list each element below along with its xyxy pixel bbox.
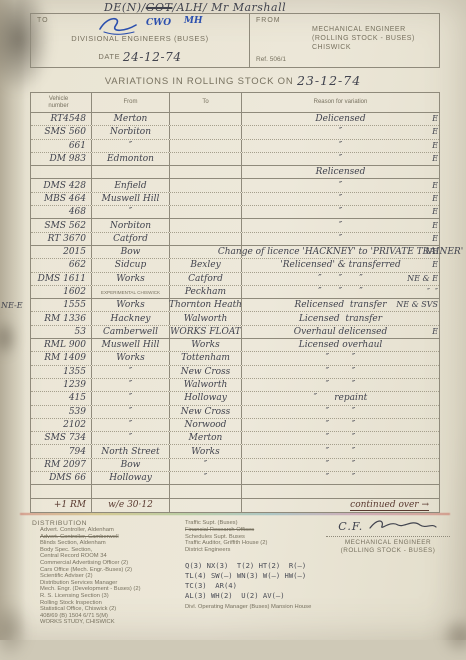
vehicle-cell <box>31 485 91 497</box>
scanned-form: DE(N)/GOT/ALH/ Mr Marshall CWO MH TO DIV… <box>0 0 466 640</box>
vehicle-cell: DMS 428 <box>31 179 91 191</box>
scan-color-fringe <box>20 513 450 515</box>
distribution-list: DISTRIBUTION Advert. Controller, Aldenha… <box>32 520 182 626</box>
to-cell: Walworth <box>169 379 241 391</box>
reason-text: 'Relicensed' & transferred <box>280 260 400 270</box>
to-cell <box>169 499 241 512</box>
vehicle-cell: 1355 <box>31 366 91 378</box>
column-header-to: To <box>169 93 241 112</box>
reason-text: ″ <box>339 207 342 217</box>
variations-table: Vehicle number From To Reason for variat… <box>30 92 440 513</box>
vehicle-text: 1239 <box>63 380 86 390</box>
to-cell: WORKS FLOAT <box>169 326 241 338</box>
date-value: 24-12-74 <box>123 50 182 64</box>
reason-cell: ″ ″ <box>241 432 439 444</box>
date-line: DATE 24-12-74 <box>31 50 249 64</box>
to-cell <box>169 179 241 191</box>
table-row: SMS 734″Merton″ ″ <box>31 432 439 445</box>
to-text: Norwood <box>185 420 227 430</box>
vehicle-text: 1555 <box>63 300 86 310</box>
from-cell: Works <box>91 299 169 311</box>
reason-cell: ″ ″ <box>241 366 439 378</box>
from-line: CHISWICK <box>312 43 415 52</box>
from-cell: Enfield <box>91 179 169 191</box>
vehicle-text: 662 <box>69 260 86 270</box>
to-text: Works <box>191 447 219 457</box>
table-header-row: Vehicle number From To Reason for variat… <box>31 93 439 113</box>
reason-text: ″ ″ <box>326 407 356 417</box>
from-text: ″ <box>129 407 132 417</box>
reason-cell: ″E <box>241 126 439 138</box>
from-cell: Edmonton <box>91 153 169 165</box>
list-item: Blinds Section, Aldenham <box>32 540 182 547</box>
list-item: Traffic Supt. (Buses) <box>185 520 330 527</box>
reason-cell: Overhaul delicensedE <box>241 326 439 338</box>
from-cell: ″ <box>91 419 169 431</box>
from-cell <box>91 166 169 178</box>
table-row: SMS 562Norbiton″E <box>31 219 439 232</box>
from-cell: Holloway <box>91 472 169 484</box>
table-row: RT 3670Catford″E <box>31 233 439 246</box>
to-cell <box>169 193 241 205</box>
reason-text: ″ <box>339 194 342 204</box>
vehicle-text: RM 1336 <box>44 314 86 324</box>
vehicle-text: DM 983 <box>50 154 86 164</box>
table-row: RM 1409WorksTottenham″ ″ <box>31 352 439 365</box>
column-header-reason: Reason for variation <box>241 93 439 112</box>
from-cell: Norbiton <box>91 219 169 231</box>
status-marker: E <box>432 127 438 137</box>
list-item: Body Spec. Section, <box>32 547 182 554</box>
signature-title: MECHANICAL ENGINEER (ROLLING STOCK - BUS… <box>326 539 450 555</box>
vehicle-cell: 1602 <box>31 286 91 298</box>
vehicle-cell: 794 <box>31 445 91 457</box>
signature-line: C.F. <box>326 517 450 537</box>
to-cell: Tottenham <box>169 352 241 364</box>
vehicle-cell: SMS 560 <box>31 126 91 138</box>
list-item: Traffic Auditor, Griffith House (2) <box>185 540 330 547</box>
vehicle-cell: RM 1409 <box>31 352 91 364</box>
from-text: North Street <box>101 447 159 457</box>
to-cell: Thornton Heath <box>169 299 241 311</box>
from-cell: ″ <box>91 432 169 444</box>
list-item: Advert. Controller, Camberwell <box>32 534 182 541</box>
from-text: Bow <box>121 247 141 257</box>
to-cell <box>169 219 241 231</box>
garage-code-line: TL(4) SW(–) WN(3) W(–) HW(–) <box>185 571 330 581</box>
reason-text: ″ ″ <box>326 447 356 457</box>
list-item: WORKS STUDY, CHISWICK <box>32 619 182 626</box>
vehicle-text: DMS 66 <box>49 473 86 483</box>
vehicle-cell: 2015 <box>31 246 91 258</box>
from-text: Sidcup <box>115 260 146 270</box>
list-item: Scientific Adviser (2) <box>32 573 182 580</box>
to-cell <box>169 485 241 497</box>
column-header-from: From <box>91 93 169 112</box>
reason-text: Relicensed <box>316 167 366 177</box>
to-cell: Holloway <box>169 392 241 404</box>
vehicle-cell: RT 3670 <box>31 233 91 245</box>
vehicle-text: 1355 <box>63 367 86 377</box>
vehicle-cell: RT4548 <box>31 113 91 125</box>
reason-text: Licensed transfer <box>299 314 382 324</box>
to-cell: Catford <box>169 273 241 285</box>
reason-cell: ″ ″ <box>241 406 439 418</box>
reason-text: ″ <box>339 154 342 164</box>
vehicle-text: RT4548 <box>50 114 86 124</box>
reason-cell: continued over → <box>241 499 439 512</box>
reason-text: Relicensed transfer <box>294 300 386 310</box>
from-cell: Catford <box>91 233 169 245</box>
reason-cell <box>241 485 439 497</box>
vehicle-cell: 415 <box>31 392 91 404</box>
from-cell: Works <box>91 352 169 364</box>
vehicle-text: SMS 562 <box>44 221 86 231</box>
list-item: Schedules Supt. Buses <box>185 534 330 541</box>
reason-cell: ″E <box>241 219 439 231</box>
vehicle-text: +1 RM <box>54 500 86 510</box>
to-cell: Works <box>169 445 241 457</box>
vehicle-text: SMS 734 <box>44 433 86 443</box>
table-row: RM 2097Bow″″ ″ <box>31 459 439 472</box>
to-text: ″ <box>204 473 207 483</box>
from-text: Edmonton <box>107 154 154 164</box>
to-box: TO DIVISIONAL ENGINEERS (BUSES) DATE 24-… <box>30 13 250 68</box>
district-note: Divl. Operating Manager (Buses) Mansion … <box>185 604 330 610</box>
from-box: FROM MECHANICAL ENGINEER (ROLLING STOCK … <box>249 13 440 68</box>
from-text: Works <box>116 300 144 310</box>
ref-number: Ref. 506/1 <box>256 56 286 63</box>
list-item: Rolling Stock Inspection <box>32 600 182 607</box>
to-text: Tottenham <box>181 353 230 363</box>
reason-cell: Relicensed <box>241 166 439 178</box>
reason-text: ″ repaint <box>314 393 368 403</box>
table-row: DM 983Edmonton″E <box>31 153 439 166</box>
to-cell <box>169 113 241 125</box>
to-text: Walworth <box>184 314 228 324</box>
table-row: DMS 1611WorksCatford″ ″ ″NE & E <box>31 273 439 286</box>
list-item: Mech. Engr. (Development - Buses) (2) <box>32 586 182 593</box>
status-marker: E <box>432 327 438 337</box>
from-cell: Merton <box>91 113 169 125</box>
vehicle-text: 2102 <box>63 420 86 430</box>
to-text: Thornton Heath <box>169 300 242 310</box>
table-row: 1355″New Cross″ ″ <box>31 366 439 379</box>
from-text: Hackney <box>111 314 151 324</box>
table-row: 2102″Norwood″ ″ <box>31 419 439 432</box>
status-marker: E <box>432 207 438 217</box>
to-cell <box>169 206 241 218</box>
from-cell: North Street <box>91 445 169 457</box>
vehicle-text: 794 <box>69 447 86 457</box>
to-cell: New Cross <box>169 366 241 378</box>
vehicle-cell: RML 900 <box>31 339 91 351</box>
to-cell: Walworth <box>169 312 241 324</box>
to-text: Bexley <box>190 260 220 270</box>
vehicle-text: 468 <box>69 207 86 217</box>
list-item: Advert. Controller, Aldenham <box>32 527 182 534</box>
from-cell: Bow <box>91 246 169 258</box>
garage-code-line: Q(3) NX(3) T(2) HT(2) R(–) <box>185 561 330 571</box>
form-title: VARIATIONS IN ROLLING STOCK ON 23-12-74 <box>0 73 466 88</box>
to-text: Walworth <box>184 380 228 390</box>
to-cell <box>169 126 241 138</box>
table-row: MBS 464Muswell Hill″E <box>31 193 439 206</box>
scan-smudge <box>440 616 466 640</box>
vehicle-cell: RM 1336 <box>31 312 91 324</box>
from-cell: Works <box>91 273 169 285</box>
reason-text: ″ <box>339 234 342 244</box>
from-cell: Muswell Hill <box>91 339 169 351</box>
status-marker: E <box>432 154 438 164</box>
vehicle-cell: 1239 <box>31 379 91 391</box>
table-row: RML 900Muswell HillWorksLicensed overhau… <box>31 339 439 352</box>
status-marker: E <box>432 181 438 191</box>
reason-text: Delicensed <box>315 114 365 124</box>
table-row: 2015BowChange of licence 'HACKNEY' to 'P… <box>31 246 439 259</box>
list-item: Cars Office (Mech. Engr.-Buses) (2) <box>32 567 182 574</box>
table-row <box>31 485 439 498</box>
vehicle-text: DMS 1611 <box>38 274 86 284</box>
vehicle-cell: DMS 66 <box>31 472 91 484</box>
to-cell: New Cross <box>169 406 241 418</box>
table-row: RT4548MertonDelicensedE <box>31 113 439 126</box>
list-item: Central Record ROOM 34 <box>32 553 182 560</box>
from-cell: ″ <box>91 406 169 418</box>
garage-code-line: TC(3) AR(4) <box>185 581 330 591</box>
reason-text: ″ <box>339 127 342 137</box>
from-text: Works <box>116 353 144 363</box>
reason-cell: ″E <box>241 233 439 245</box>
table-row: +1 RMw/e 30·12continued over → <box>31 499 439 512</box>
reason-text: ″ ″ <box>326 367 356 377</box>
vehicle-cell: DMS 1611 <box>31 273 91 285</box>
vehicle-text: DMS 428 <box>43 181 86 191</box>
list-item: Statistical Office, Chiswick (2) <box>32 606 182 613</box>
reason-cell: ″ ″ <box>241 472 439 484</box>
vehicle-text: MBS 464 <box>44 194 86 204</box>
vehicle-text: 415 <box>69 393 86 403</box>
list-item: Financial Research Offices <box>185 527 330 534</box>
table-row: Relicensed <box>31 166 439 179</box>
reason-cell: 'Relicensed' & transferredE <box>241 259 439 271</box>
vehicle-text: SMS 560 <box>44 127 86 137</box>
to-text: Peckham <box>185 287 226 297</box>
status-marker: E <box>432 114 438 124</box>
table-row: 661″″E <box>31 140 439 153</box>
to-cell: Merton <box>169 432 241 444</box>
status-marker: E <box>432 234 438 244</box>
garage-codes: Q(3) NX(3) T(2) HT(2) R(–)TL(4) SW(–) WN… <box>185 561 330 601</box>
from-cell: Bow <box>91 459 169 471</box>
vehicle-cell: DM 983 <box>31 153 91 165</box>
reason-cell: Licensed overhaul <box>241 339 439 351</box>
from-cell: w/e 30·12 <box>91 499 169 512</box>
from-cell: EXPERIMENTAL CHISWICK <box>91 286 169 298</box>
table-row: DMS 428Enfield″E <box>31 179 439 192</box>
column-header-vehicle: Vehicle number <box>31 93 91 112</box>
to-text: Catford <box>188 274 223 284</box>
reason-cell: ″ ″ ″NE & E <box>241 273 439 285</box>
signature-title-line: MECHANICAL ENGINEER <box>326 539 450 547</box>
vehicle-cell: 1555 <box>31 299 91 311</box>
from-label: FROM <box>256 17 281 24</box>
from-cell: Hackney <box>91 312 169 324</box>
reason-text: ″ ″ <box>326 473 356 483</box>
reason-text: ″ ″ <box>326 460 356 470</box>
table-row: 662SidcupBexley'Relicensed' & transferre… <box>31 259 439 272</box>
reason-text: ″ ″ <box>326 380 356 390</box>
vehicle-cell <box>31 166 91 178</box>
vehicle-cell: +1 RM <box>31 499 91 512</box>
status-marker: E <box>432 141 438 151</box>
reason-cell: ″E <box>241 206 439 218</box>
reason-text: ″ <box>339 141 342 151</box>
reason-cell: ″E <box>241 140 439 152</box>
status-marker: E <box>432 194 438 204</box>
date-label: DATE <box>98 52 120 61</box>
reason-text: ″ ″ <box>326 433 356 443</box>
middle-items: Traffic Supt. (Buses)Financial Research … <box>185 520 330 554</box>
from-text: Works <box>116 274 144 284</box>
from-text: Bow <box>121 460 141 470</box>
table-row: 1555WorksThornton HeathRelicensed transf… <box>31 299 439 312</box>
reason-cell: ″ ″ <box>241 445 439 457</box>
from-text: ″ <box>129 420 132 430</box>
to-cell <box>169 153 241 165</box>
vehicle-cell: 661 <box>31 140 91 152</box>
to-cell: ″ <box>169 459 241 471</box>
from-text: w/e 30·12 <box>108 500 153 510</box>
table-row: 53CamberwellWORKS FLOATOverhaul delicens… <box>31 326 439 339</box>
from-line: MECHANICAL ENGINEER <box>312 25 415 34</box>
reason-cell: Licensed transfer <box>241 312 439 324</box>
reason-text: ″ <box>339 181 342 191</box>
reason-text: Licensed overhaul <box>299 340 383 350</box>
to-text: Merton <box>189 433 223 443</box>
reason-cell: DelicensedE <box>241 113 439 125</box>
signature-text: C.F. <box>338 520 363 533</box>
vehicle-text: RM 1409 <box>44 353 86 363</box>
from-cell: ″ <box>91 392 169 404</box>
to-recipient: DIVISIONAL ENGINEERS (BUSES) <box>31 34 249 43</box>
reason-text: Overhaul delicensed <box>294 327 388 337</box>
reason-cell: ″ ″ ″″ ″ <box>241 286 439 298</box>
from-text: ″ <box>129 367 132 377</box>
reason-text: ″ ″ <box>326 420 356 430</box>
from-text: ″ <box>129 433 132 443</box>
reason-cell: ″ repaint <box>241 392 439 404</box>
vehicle-cell: SMS 562 <box>31 219 91 231</box>
distribution-middle-list: Traffic Supt. (Buses)Financial Research … <box>185 520 330 610</box>
vehicle-cell: 468 <box>31 206 91 218</box>
vehicle-text: 1602 <box>63 287 86 297</box>
reason-text: ″ ″ <box>326 353 356 363</box>
reason-cell: ″E <box>241 193 439 205</box>
reason-cell: ″E <box>241 179 439 191</box>
table-row: 539″New Cross″ ″ <box>31 406 439 419</box>
table-row: SMS 560Norbiton″E <box>31 126 439 139</box>
to-cell: ″ <box>169 472 241 484</box>
vehicle-text: 2015 <box>63 247 86 257</box>
from-text: Catford <box>113 234 148 244</box>
vehicle-text: RML 900 <box>44 340 86 350</box>
to-text: WORKS FLOAT <box>170 327 241 337</box>
list-item: 408/69 (B) 1504 6/71 5(M) <box>32 613 182 620</box>
from-text: Norbiton <box>110 127 151 137</box>
table-body: RT4548MertonDelicensedESMS 560Norbiton″E… <box>31 113 439 512</box>
form-title-date: 23-12-74 <box>297 73 361 88</box>
to-text: Works <box>191 340 219 350</box>
margin-note: NE-E <box>1 301 23 310</box>
reason-text: ″ <box>339 221 342 231</box>
from-cell <box>91 485 169 497</box>
from-text: Norbiton <box>110 221 151 231</box>
list-item: Distribution Services Manager <box>32 580 182 587</box>
list-item: Commercial Advertising Officer (2) <box>32 560 182 567</box>
vehicle-text: RM 2097 <box>44 460 86 470</box>
signature-title-line: (ROLLING STOCK - BUSES) <box>326 547 450 555</box>
vehicle-cell: 2102 <box>31 419 91 431</box>
reason-cell: ″E <box>241 153 439 165</box>
reason-cell: ″ ″ <box>241 459 439 471</box>
from-cell: ″ <box>91 379 169 391</box>
list-item: District Engineers <box>185 547 330 554</box>
reason-cell: Change of licence 'HACKNEY' to 'PRIVATE … <box>241 246 439 258</box>
to-text: Holloway <box>184 393 227 403</box>
from-text: Holloway <box>109 473 152 483</box>
to-cell: Works <box>169 339 241 351</box>
vehicle-text: 539 <box>69 407 86 417</box>
status-marker: NE & E <box>407 274 438 284</box>
garage-code-line: AL(3) WH(2) U(2) AV(–) <box>185 591 330 601</box>
vehicle-cell: 662 <box>31 259 91 271</box>
to-cell <box>169 166 241 178</box>
status-marker: E <box>432 260 438 270</box>
signature-flourish <box>368 517 438 533</box>
vehicle-text: 661 <box>69 141 86 151</box>
reason-cell: ″ ″ <box>241 352 439 364</box>
table-row: DMS 66Holloway″″ ″ <box>31 472 439 485</box>
vehicle-text: RT 3670 <box>48 234 86 244</box>
from-text: ″ <box>129 393 132 403</box>
table-row: RM 1336HackneyWalworthLicensed transfer <box>31 312 439 325</box>
from-text: Camberwell <box>103 327 158 337</box>
from-cell: Muswell Hill <box>91 193 169 205</box>
reason-cell: Relicensed transferNE & SVS <box>241 299 439 311</box>
status-marker: E <box>432 221 438 231</box>
from-text: ″ <box>129 141 132 151</box>
reason-cell: ″ ″ <box>241 379 439 391</box>
to-cell <box>169 140 241 152</box>
vehicle-cell: MBS 464 <box>31 193 91 205</box>
from-cell: Norbiton <box>91 126 169 138</box>
to-label: TO <box>37 17 49 24</box>
vehicle-cell: SMS 734 <box>31 432 91 444</box>
from-text: Muswell Hill <box>102 194 160 204</box>
table-row: 468″″E <box>31 206 439 219</box>
distribution-title: DISTRIBUTION <box>32 520 182 527</box>
from-cell: ″ <box>91 140 169 152</box>
vehicle-cell: 53 <box>31 326 91 338</box>
from-line: (ROLLING STOCK - BUSES) <box>312 34 415 43</box>
table-row: 415″Holloway″ repaint <box>31 392 439 405</box>
table-row: 1602EXPERIMENTAL CHISWICKPeckham″ ″ ″″ ″ <box>31 286 439 299</box>
vehicle-cell: RM 2097 <box>31 459 91 471</box>
to-cell: Bexley <box>169 259 241 271</box>
reason-text: ″ ″ ″ <box>318 287 362 297</box>
table-row: 794North StreetWorks″ ″ <box>31 445 439 458</box>
